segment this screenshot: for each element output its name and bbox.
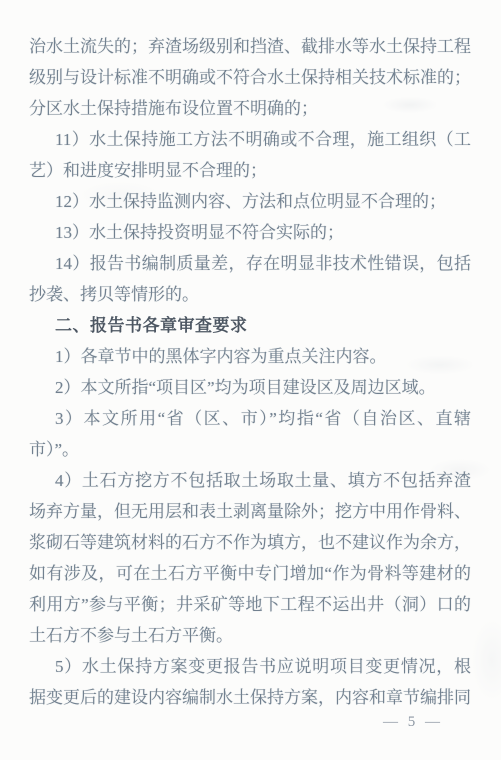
document-page: 治水土流失的；弃渣场级别和挡渣、截排水等水土保持工程级别与设计标准不明确或不符合… (0, 0, 501, 760)
paragraph: 11）水土保持施工方法不明确或不合理，施工组织（工艺）和进度安排明显不合理的； (29, 124, 471, 186)
document-body: 治水土流失的；弃渣场级别和挡渣、截排水等水土保持工程级别与设计标准不明确或不符合… (29, 31, 471, 713)
paragraph: 2）本文所指“项目区”均为项目建设区及周边区域。 (29, 372, 471, 403)
page-number: — 5 — (383, 711, 443, 733)
paragraph: 3）本文所用“省（区、市）”均指“省（自治区、直辖市）”。 (29, 403, 471, 465)
paragraph: 13）水土保持投资明显不符合实际的； (29, 217, 471, 248)
paragraph: 治水土流失的；弃渣场级别和挡渣、截排水等水土保持工程级别与设计标准不明确或不符合… (29, 31, 471, 124)
paragraph: 1）各章节中的黑体字内容为重点关注内容。 (29, 341, 471, 372)
paragraph: 5）水土保持方案变更报告书应说明项目变更情况，根据变更后的建设内容编制水土保持方… (29, 651, 471, 713)
paragraph: 4）土石方挖方不包括取土场取土量、填方不包括弃渣场弃方量，但无用层和表土剥离量除… (29, 465, 471, 651)
section-heading: 二、报告书各章审查要求 (29, 310, 471, 341)
paragraph: 14）报告书编制质量差，存在明显非技术性错误，包括抄袭、拷贝等情形的。 (29, 248, 471, 310)
paragraph: 12）水土保持监测内容、方法和点位明显不合理的； (29, 186, 471, 217)
